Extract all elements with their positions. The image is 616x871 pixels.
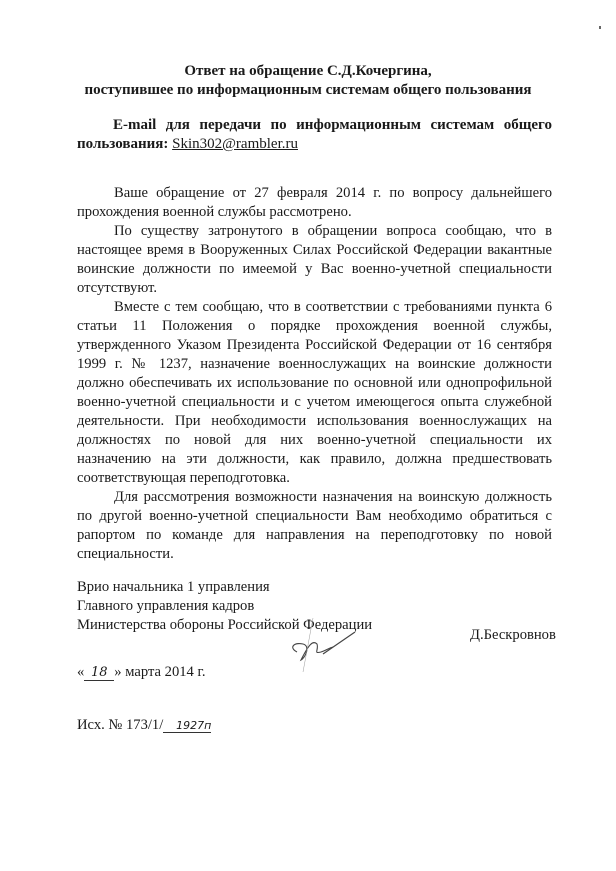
signer-position-line1: Врио начальника 1 управления	[77, 578, 372, 597]
document-title-line1: Ответ на обращение С.Д.Кочергина,	[0, 62, 616, 81]
email-label: E-mail для передачи по информационным си…	[77, 117, 552, 152]
paragraph-2: По существу затронутого в обращении вопр…	[77, 222, 552, 298]
email-link[interactable]: Skin302@rambler.ru	[172, 136, 298, 152]
document-title-line2: поступившее по информационным системам о…	[0, 81, 616, 100]
letter-body: Ваше обращение от 27 февраля 2014 г. по …	[77, 184, 552, 564]
handwritten-signature-icon	[283, 614, 363, 674]
date-day-handwritten: 18	[84, 665, 114, 681]
document-page: Ответ на обращение С.Д.Кочергина, поступ…	[0, 0, 616, 871]
paragraph-3: Вместе с тем сообщаю, что в соответствии…	[77, 298, 552, 488]
paragraph-1: Ваше обращение от 27 февраля 2014 г. по …	[77, 184, 552, 222]
scan-artifact	[599, 26, 601, 29]
outgoing-reference: Исх. № 173/1/1927п	[77, 717, 211, 734]
signer-name: Д.Бескровнов	[470, 627, 556, 644]
reference-prefix: Исх. № 173/1/	[77, 717, 163, 733]
reference-number-handwritten: 1927п	[163, 719, 211, 733]
paragraph-4: Для рассмотрения возможности назначения …	[77, 488, 552, 564]
document-date: «18» марта 2014 г.	[77, 664, 205, 681]
email-block: E-mail для передачи по информационным си…	[77, 116, 552, 154]
